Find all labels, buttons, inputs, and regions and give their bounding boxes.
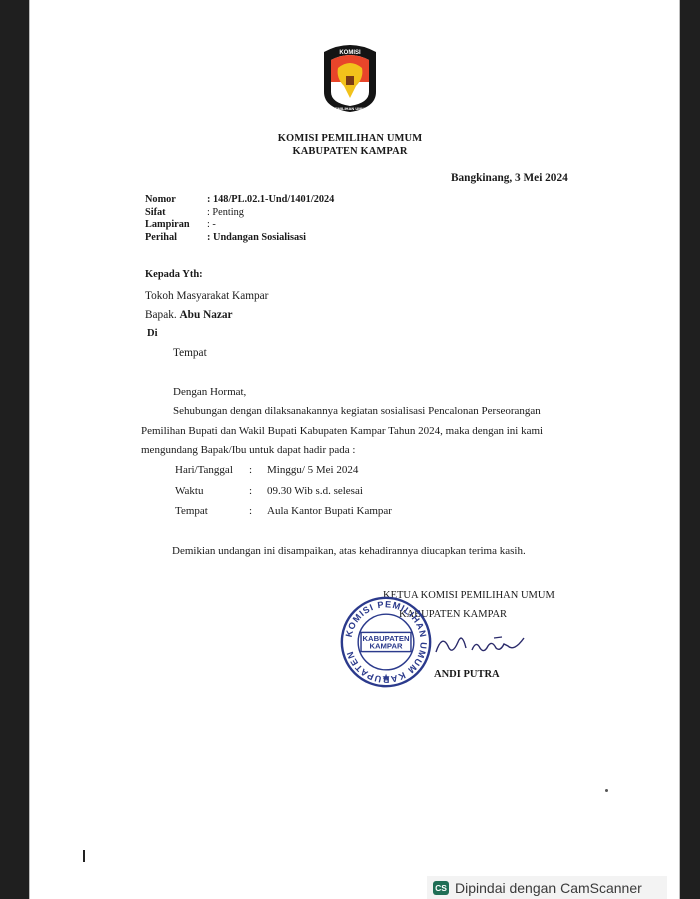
detail-row-date: Hari/Tanggal:Minggu/ 5 Mei 2024 [175,464,358,476]
place-date: Bangkinang, 3 Mei 2024 [451,172,568,184]
kpu-logo-icon: KOMISI PEMILIHAN UMUM [318,42,382,114]
detail-row-time: Waktu:09.30 Wib s.d. selesai [175,485,363,497]
recipient-name: Bapak. Abu Nazar [145,309,233,321]
camscanner-watermark: CS Dipindai dengan CamScanner [427,876,667,899]
meta-lampiran: Lampiran: - [145,219,216,230]
body-paragraph-line2: Pemilihan Bupati dan Wakil Bupati Kabupa… [141,425,543,437]
svg-text:KAMPAR: KAMPAR [369,642,403,651]
signatory-name: ANDI PUTRA [434,669,500,680]
body-paragraph-line1: Sehubungan dengan dilaksanakannya kegiat… [173,405,541,417]
meta-nomor: Nomor: 148/PL.02.1-Und/1401/2024 [145,194,334,205]
svg-text:PEMILIHAN UMUM: PEMILIHAN UMUM [332,106,368,111]
meta-perihal: Perihal: Undangan Sosialisasi [145,232,306,243]
recipient-greeting: Kepada Yth: [145,269,203,280]
scan-speck [605,789,608,792]
scan-mark [83,850,85,862]
body-paragraph-line3: mengundang Bapak/Ibu untuk dapat hadir p… [141,444,355,456]
handwritten-signature [432,628,532,660]
salutation: Dengan Hormat, [173,386,246,398]
meta-sifat: Sifat: Penting [145,207,244,218]
camscanner-icon: CS [433,881,449,895]
closing-sentence: Demikian undangan ini disampaikan, atas … [172,545,526,557]
svg-text:KOMISI: KOMISI [339,50,361,56]
org-name-line1: KOMISI PEMILIHAN UMUM [0,133,700,144]
document-page: KOMISI PEMILIHAN UMUM KOMISI PEMILIHAN U… [29,0,680,899]
svg-text:★: ★ [382,672,391,683]
camscanner-label: Dipindai dengan CamScanner [455,880,642,896]
recipient-tempat: Tempat [173,347,207,359]
recipient-di: Di [147,328,158,339]
recipient-group: Tokoh Masyarakat Kampar [145,290,268,302]
detail-row-venue: Tempat:Aula Kantor Bupati Kampar [175,505,392,517]
org-name-line2: KABUPATEN KAMPAR [0,146,700,157]
official-stamp-icon: KOMISI PEMILIHAN UMUM KABUPATEN KABUPATE… [338,592,434,692]
